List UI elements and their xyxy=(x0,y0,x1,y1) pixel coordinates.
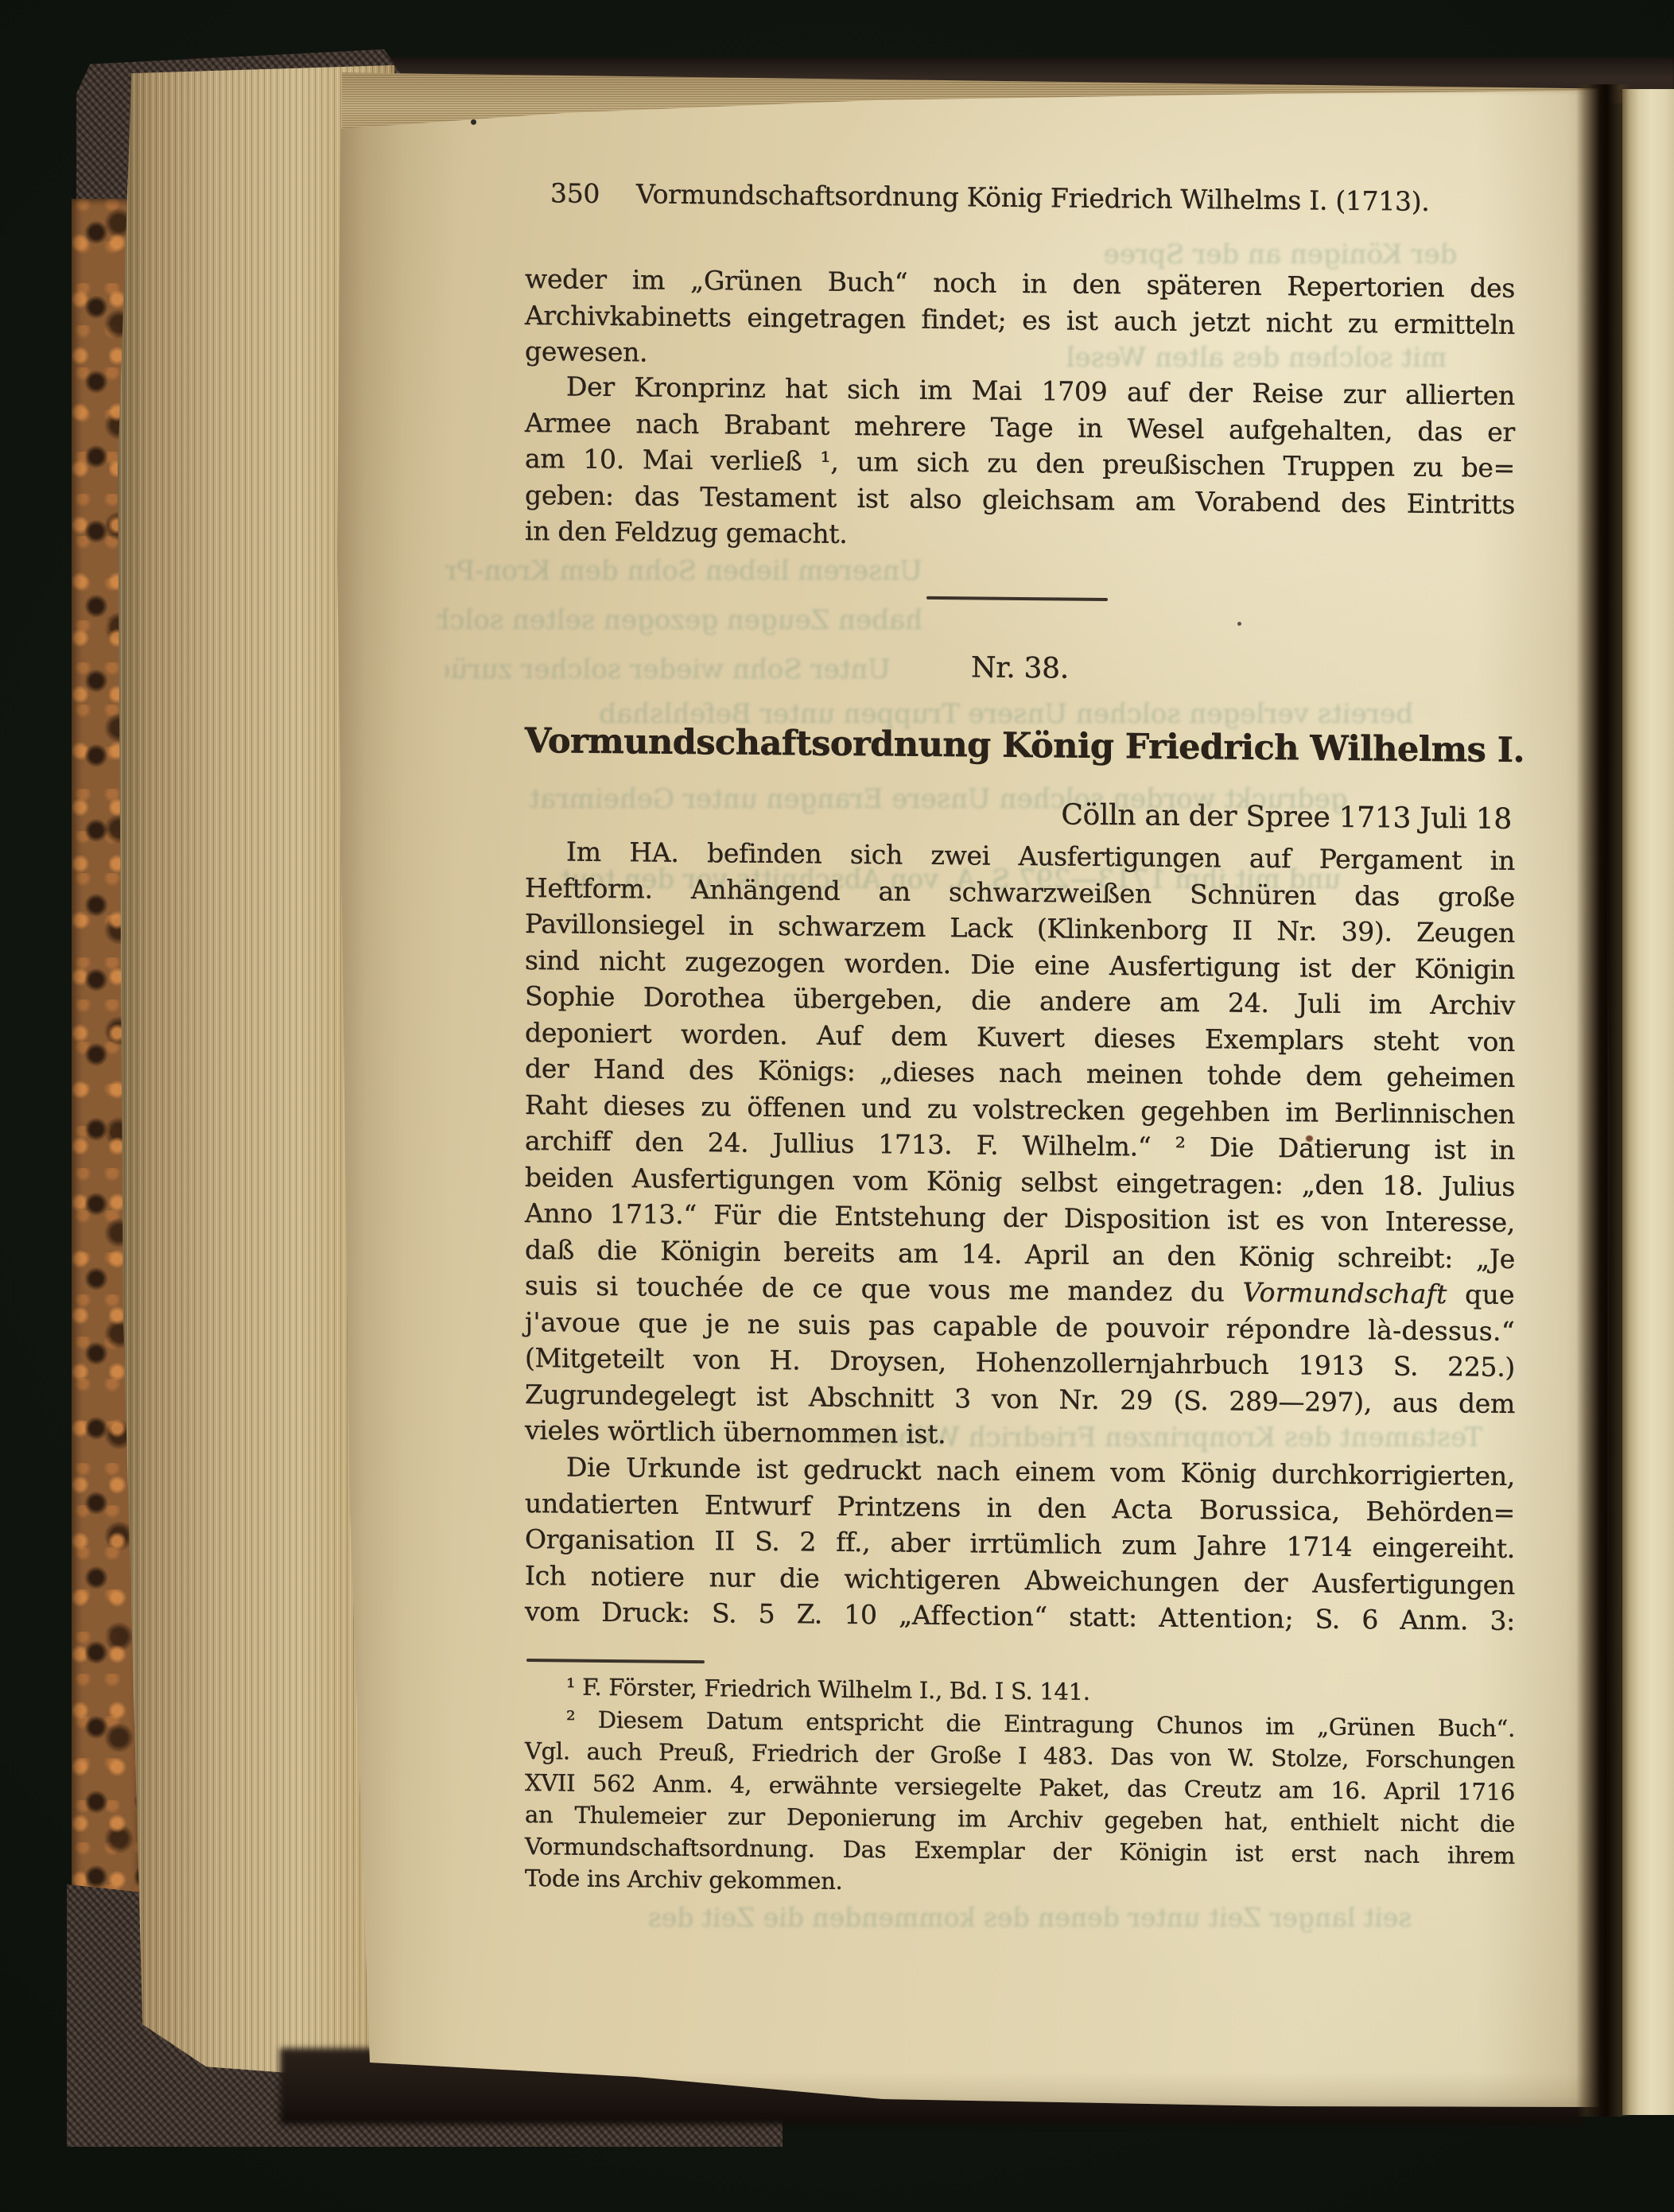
paragraph-description: Im HA. befinden sich zwei Ausfertigungen… xyxy=(525,833,1515,1457)
text-span: Acta Borussica xyxy=(1112,1493,1331,1527)
paragraph-continuation: weder im „Grünen Buch“ noch in den späte… xyxy=(525,261,1515,378)
footnote-2: ² Diesem Datum entspricht die Eintragung… xyxy=(525,1703,1515,1903)
text-span: suis si touchée de ce que vous me mandez… xyxy=(525,1270,1243,1308)
section-divider-rule xyxy=(926,596,1108,601)
text-span: Attention xyxy=(1159,1602,1284,1635)
text-span: ; S. 6 Anm. 3: xyxy=(1284,1603,1515,1636)
text-span: Affection xyxy=(912,1600,1034,1632)
document-heading: Vormundschaftsordnung König Friedrich Wi… xyxy=(525,720,1515,771)
page-text-layer: 350Vormundschaftsordnung König Friedrich… xyxy=(525,80,1515,2132)
document-dateline: Cölln an der Spree 1713 Juli 18 xyxy=(525,792,1515,837)
paragraph-urkunde: Die Urkunde ist gedruckt nach einem vom … xyxy=(525,1449,1515,1639)
running-title: Vormundschaftsordnung König Friedrich Wi… xyxy=(636,178,1429,217)
text-span: que xyxy=(1447,1279,1515,1310)
footnote-rule xyxy=(526,1659,705,1663)
document-number: Nr. 38. xyxy=(525,646,1515,691)
text-span: , Behörden= xyxy=(1332,1495,1515,1527)
page-number: 350 xyxy=(550,177,600,209)
text-span: “ statt: xyxy=(1034,1601,1159,1633)
text-span: Vormundschaft xyxy=(1243,1277,1447,1310)
book-page: Unserem lieben Sohn dem Kron-Prinzenhabe… xyxy=(326,80,1618,2123)
text-span: undatierten Entwurf Printzens in den xyxy=(525,1488,1112,1524)
ink-speck xyxy=(471,119,476,125)
facing-page-sliver xyxy=(1622,89,1674,2115)
text-span: vom Druck: S. 5 Z. 10 „ xyxy=(525,1596,912,1631)
book-photo: Unserem lieben Sohn dem Kron-Prinzenhabe… xyxy=(0,0,1674,2212)
paragraph-kronprinz: Der Kronprinz hat sich im Mai 1709 auf d… xyxy=(525,368,1515,558)
running-header: 350Vormundschaftsordnung König Friedrich… xyxy=(525,175,1515,220)
